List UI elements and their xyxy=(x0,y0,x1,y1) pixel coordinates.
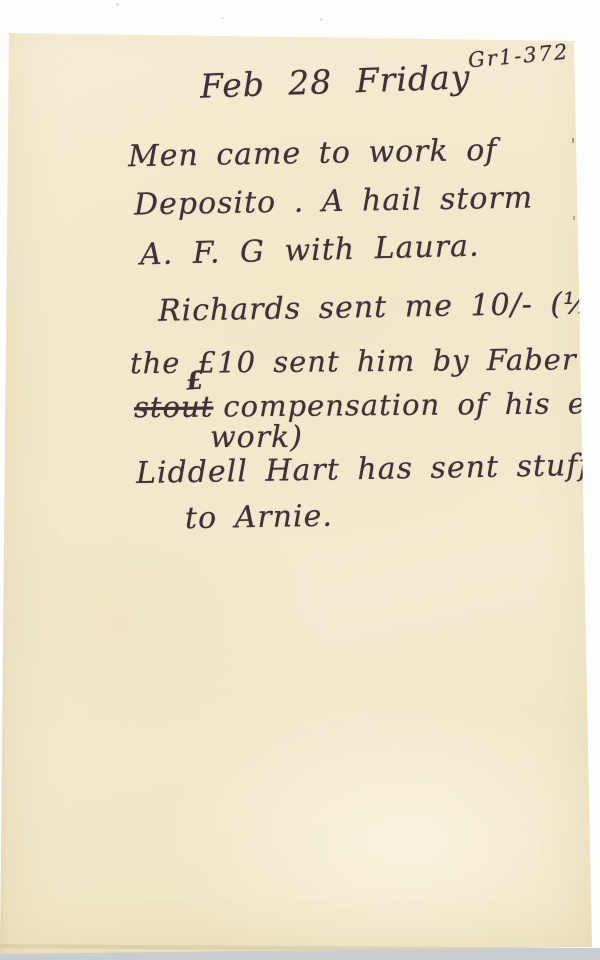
manuscript-line: to Arnie. xyxy=(185,499,333,537)
scan-speck xyxy=(320,18,323,21)
struck-word: stout xyxy=(134,390,214,425)
manuscript-line: work) xyxy=(210,420,303,455)
manuscript-line: stoutcompensation of his extra xyxy=(134,386,600,424)
scan-edge-mark xyxy=(573,216,575,220)
scan-edge-mark xyxy=(572,138,574,143)
manuscript-line-text: compensation of his extra xyxy=(223,386,600,424)
diary-page: Gr1-372 Feb 28 Friday Men came to work o… xyxy=(0,0,600,960)
manuscript-line: Men came to work of xyxy=(128,133,498,174)
scan-speck xyxy=(221,17,224,19)
scan-speck xyxy=(116,3,119,6)
manuscript-line: Deposito . A hail storm xyxy=(134,181,534,223)
